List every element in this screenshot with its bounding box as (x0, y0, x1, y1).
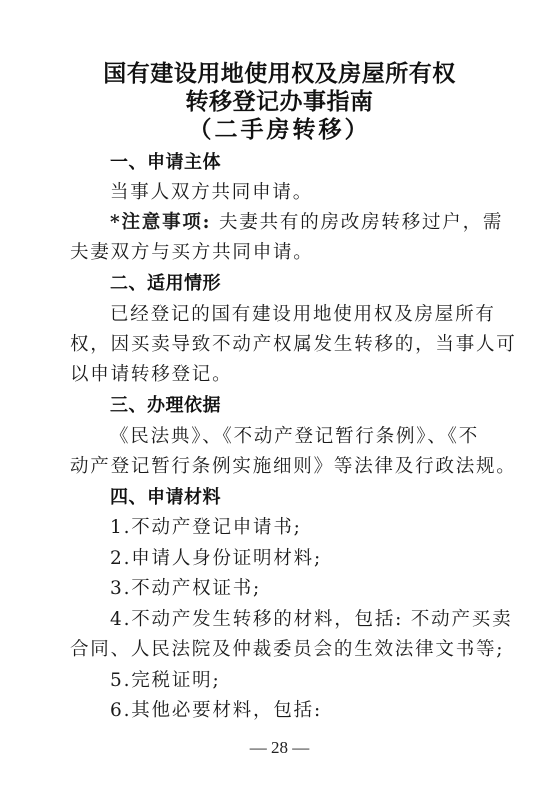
document-subtitle: （二手房转移） (0, 116, 559, 143)
page-number: — 28 — (0, 738, 559, 758)
note-line: *注意事项: 夫妻共有的房改房转移过户，需 (110, 212, 503, 234)
section-heading-applicable-cases: 二、适用情形 (110, 273, 221, 295)
section-heading-materials: 四、申请材料 (110, 487, 221, 509)
paragraph-line: 当事人双方共同申请。 (110, 182, 313, 204)
list-item: 2.申请人身份证明材料; (110, 548, 322, 570)
list-item: 4.不动产发生转移的材料，包括: 不动产买卖 (110, 609, 512, 631)
list-item: 1.不动产登记申请书; (110, 517, 302, 539)
paragraph-line: 动产登记暂行条例实施细则》等法律及行政法规。 (70, 456, 517, 478)
document-page: 国有建设用地使用权及房屋所有权 转移登记办事指南 （二手房转移） 一、申请主体 … (0, 0, 559, 793)
note-label: *注意事项: (110, 212, 211, 233)
paragraph-line: 权，因买卖导致不动产权属发生转移的，当事人可 (70, 334, 517, 356)
list-item: 6.其他必要材料，包括: (110, 700, 322, 722)
list-item: 3.不动产权证书; (110, 578, 261, 600)
document-title-line-2: 转移登记办事指南 (0, 88, 559, 115)
note-text: 夫妻共有的房改房转移过户，需 (211, 212, 503, 233)
paragraph-line: 《民法典》、《不动产登记暂行条例》、《不 (110, 426, 479, 448)
section-heading-legal-basis: 三、办理依据 (110, 395, 221, 417)
list-item: 5.完税证明; (110, 670, 220, 692)
note-text-continued: 夫妻双方与买方共同申请。 (70, 242, 314, 264)
paragraph-line: 已经登记的国有建设用地使用权及房屋所有 (110, 304, 496, 326)
paragraph-line: 以申请转移登记。 (70, 364, 232, 386)
section-heading-applicant: 一、申请主体 (110, 152, 221, 174)
document-title-line-1: 国有建设用地使用权及房屋所有权 (0, 60, 559, 87)
list-item-continued: 合同、人民法院及仲裁委员会的生效法律文书等; (70, 639, 504, 661)
